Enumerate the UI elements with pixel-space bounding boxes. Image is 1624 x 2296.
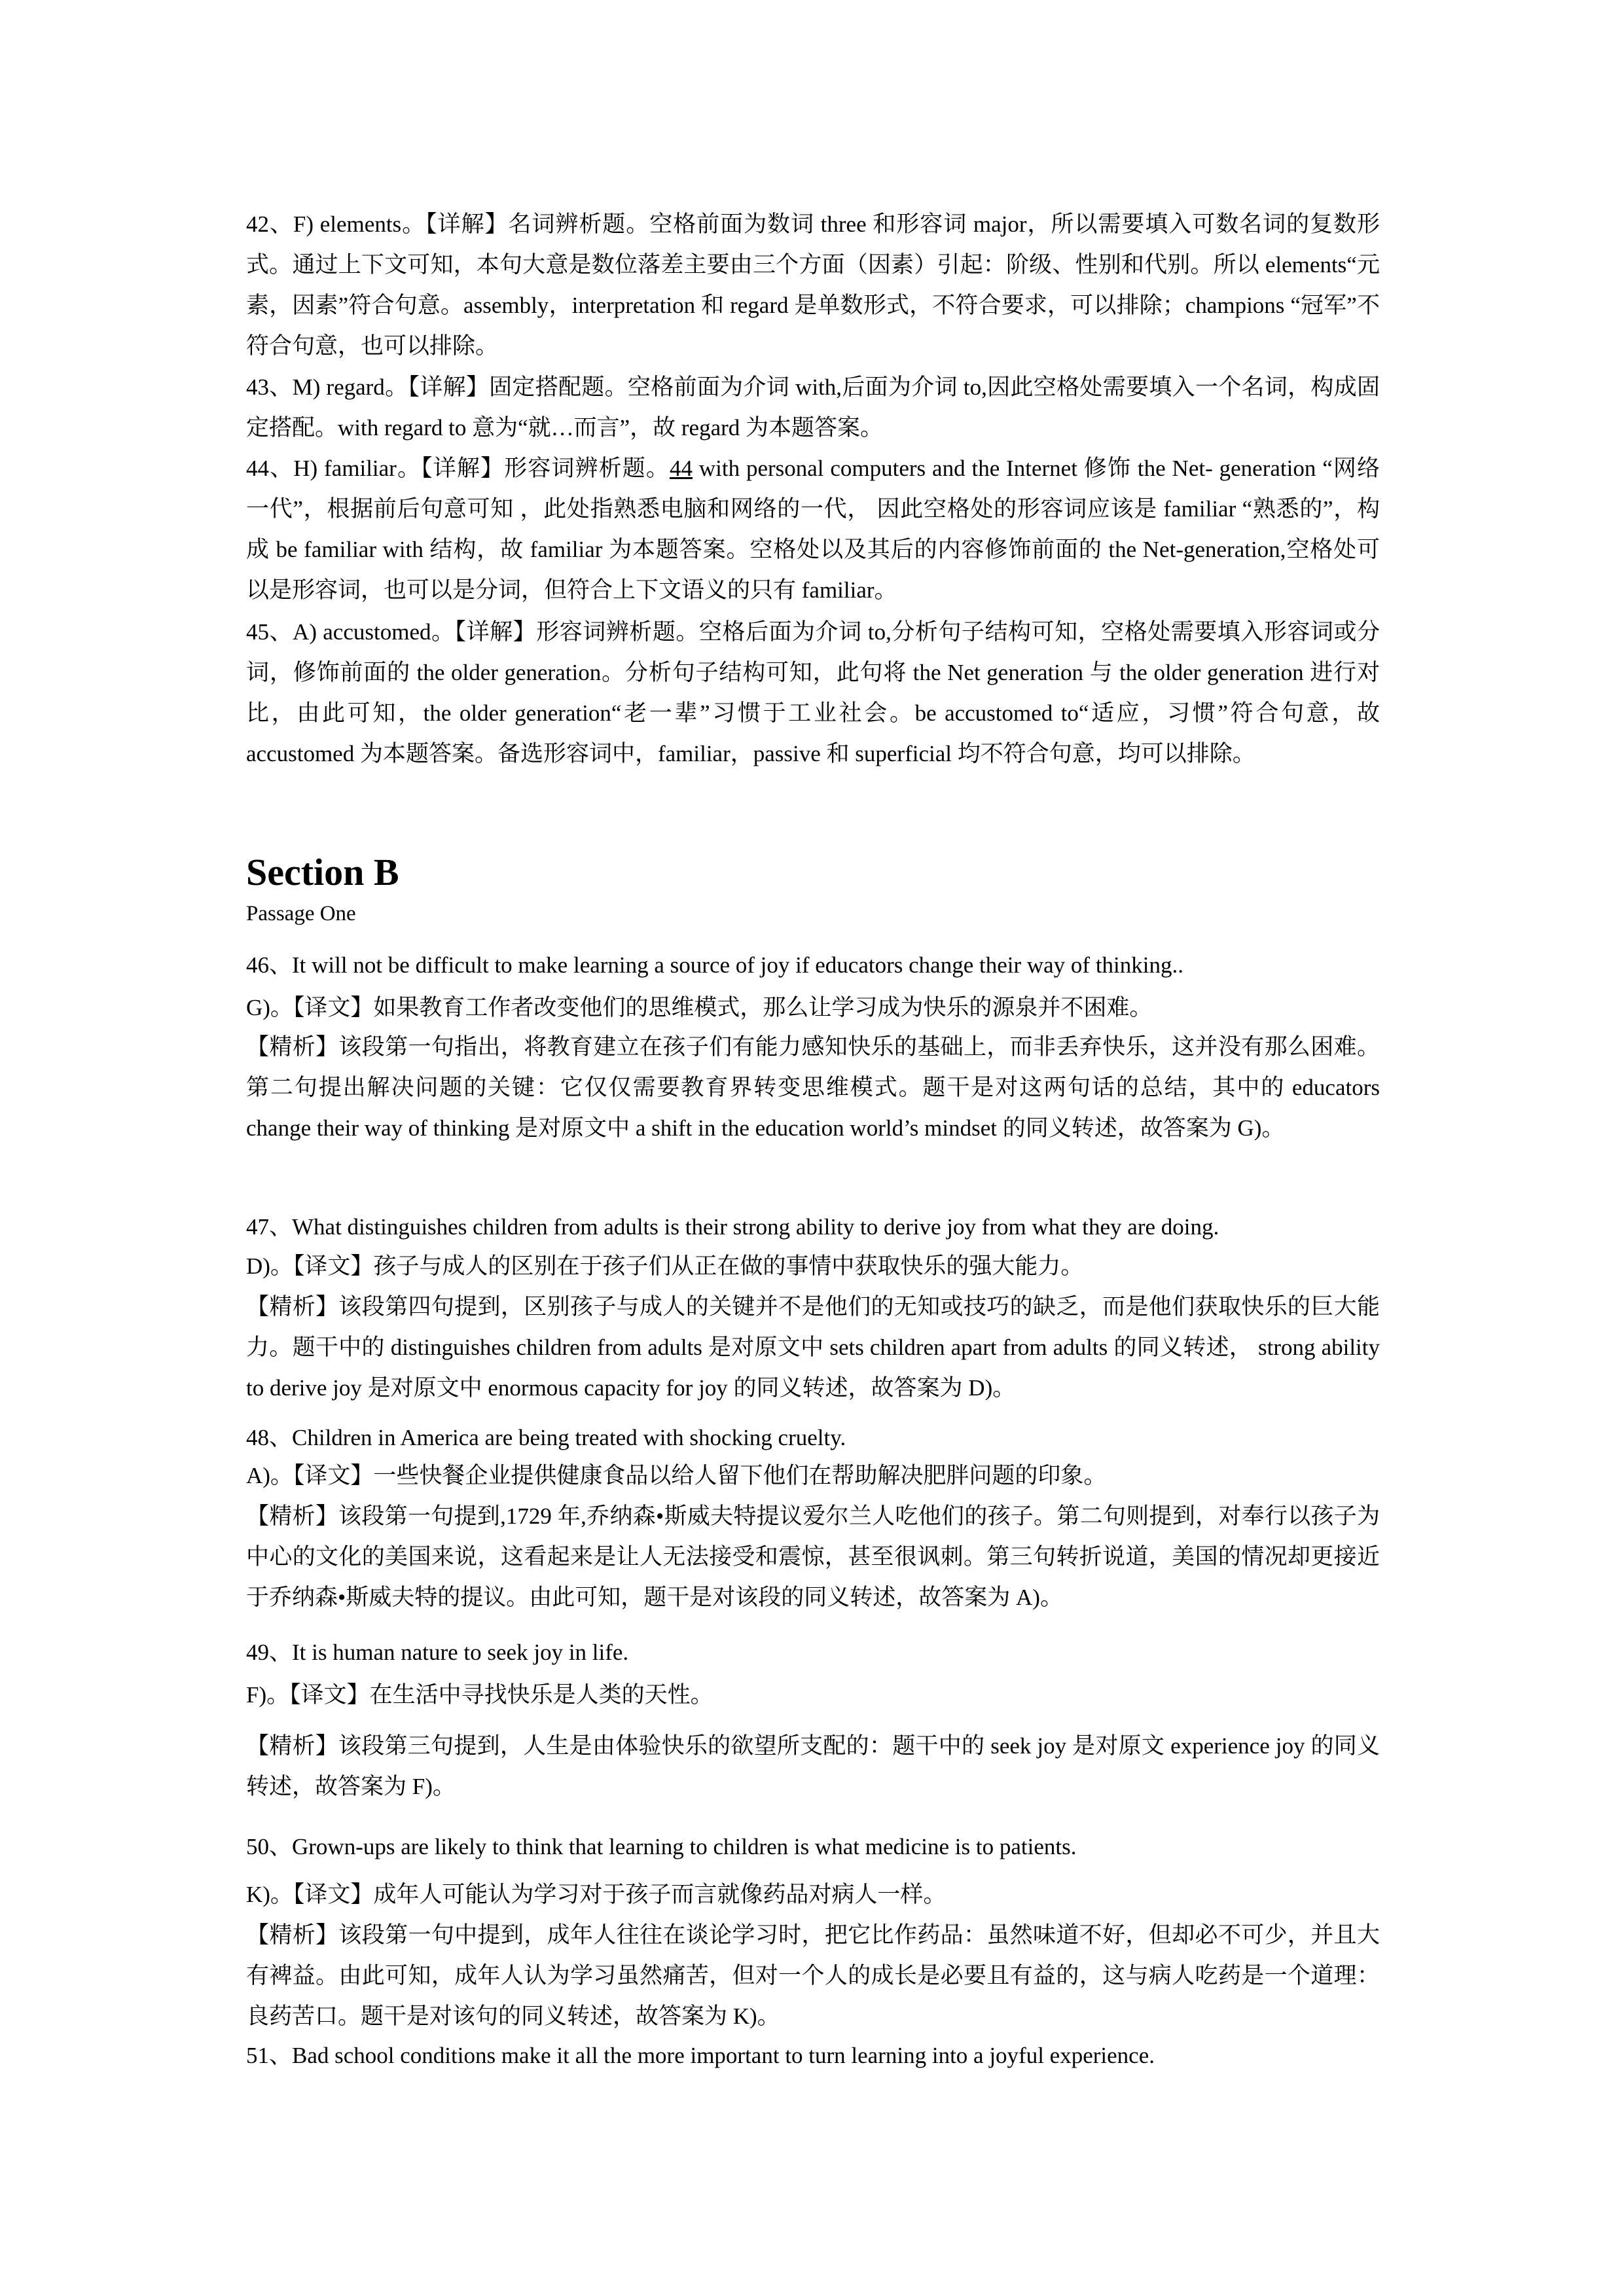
answer-44: 44、H) familiar。【详解】形容词辨析题。44 with person… <box>246 448 1380 611</box>
section-heading: Section B <box>246 850 399 895</box>
analysis-46: 【精析】该段第一句指出，将教育建立在孩子们有能力感知快乐的基础上，而非丢弃快乐，… <box>246 1027 1380 1149</box>
translation-46: G)。【译文】如果教育工作者改变他们的思维模式，那么让学习成为快乐的源泉并不困难… <box>246 988 1380 1028</box>
analysis-47: 【精析】该段第四句提到，区别孩子与成人的关键并不是他们的无知或技巧的缺乏，而是他… <box>246 1287 1380 1408</box>
translation-49: F)。【译文】在生活中寻找快乐是人类的天性。 <box>246 1675 1380 1715</box>
translation-47: D)。【译文】孩子与成人的区别在于孩子们从正在做的事情中获取快乐的强大能力。 <box>246 1246 1380 1287</box>
statement-49: 49、It is human nature to seek joy in lif… <box>246 1632 1380 1673</box>
answer-44-prefix: 44、H) familiar。【详解】形容词辨析题。 <box>246 456 670 481</box>
answer-43: 43、M) regard。【详解】固定搭配题。空格前面为介词 with,后面为介… <box>246 367 1380 448</box>
answer-45: 45、A) accustomed。【详解】形容词辨析题。空格后面为介词 to,分… <box>246 612 1380 774</box>
statement-50: 50、Grown-ups are likely to think that le… <box>246 1827 1380 1867</box>
statement-47: 47、What distinguishes children from adul… <box>246 1207 1380 1247</box>
analysis-49: 【精析】该段第三句提到，人生是由体验快乐的欲望所支配的：题干中的 seek jo… <box>246 1726 1380 1807</box>
translation-50: K)。【译文】成年人可能认为学习对于孩子而言就像药品对病人一样。 <box>246 1874 1380 1915</box>
passage-label: Passage One <box>246 899 356 928</box>
statement-46: 46、It will not be difficult to make lear… <box>246 945 1380 986</box>
statement-48: 48、Children in America are being treated… <box>246 1418 1380 1458</box>
blank-number-44: 44 <box>670 456 693 481</box>
analysis-48: 【精析】该段第一句提到,1729 年,乔纳森•斯威夫特提议爱尔兰人吃他们的孩子。… <box>246 1496 1380 1618</box>
document-page: 42、F) elements。【详解】名词辨析题。空格前面为数词 three 和… <box>0 0 1624 2296</box>
analysis-50: 【精析】该段第一句中提到，成年人往往在谈论学习时，把它比作药品：虽然味道不好，但… <box>246 1915 1380 2037</box>
translation-48: A)。【译文】一些快餐企业提供健康食品以给人留下他们在帮助解决肥胖问题的印象。 <box>246 1456 1380 1496</box>
statement-51: 51、Bad school conditions make it all the… <box>246 2036 1380 2076</box>
answer-42: 42、F) elements。【详解】名词辨析题。空格前面为数词 three 和… <box>246 204 1380 367</box>
